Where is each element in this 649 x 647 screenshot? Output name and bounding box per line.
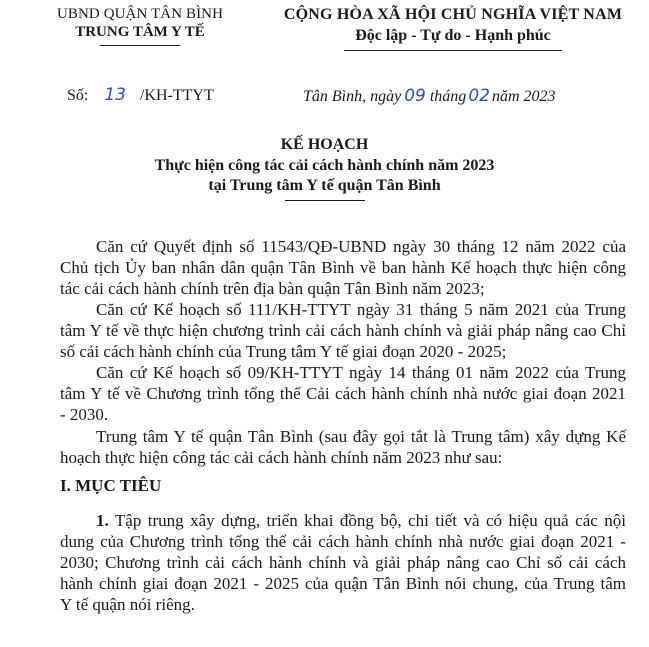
paragraph-line: hành chính giai đoạn 2021 - 2025 của quậ… [60,573,626,594]
document-subtitle-line-1: Thực hiện công tác cải cách hành chính n… [0,157,649,175]
paragraph-line: tác cải cách hành chính trên địa bàn quậ… [60,278,626,299]
intro-paragraph: Trung tâm Y tế quận Tân Bình (sau đây gọ… [60,426,626,468]
document-date: Tân Bình, ngày09 tháng02năm 2023 [303,86,556,106]
date-prefix: Tân Bình, ngày [303,88,401,105]
document-subtitle-line-2: tại Trung tâm Y tế quận Tân Bình [0,177,649,195]
document-number: Số: 13 /KH-TTYT [67,85,214,105]
document-number-handwritten: 13 [104,85,126,105]
paragraph-line: tâm Y tế về Chương trình tổng thể Cải cá… [60,383,626,404]
paragraph-line: Trung tâm Y tế quận Tân Bình (sau đây gọ… [60,426,626,447]
paragraph-line: Căn cứ Kế hoạch số 111/KH-TTYT ngày 31 t… [60,299,626,320]
paragraph-line: Căn cứ Quyết định số 11543/QĐ-UBND ngày … [60,236,626,257]
item-number: 1. [96,511,109,530]
paragraph-line: 1. Tập trung xây dựng, triển khai đồng b… [60,510,626,531]
date-year: năm 2023 [492,88,556,105]
paragraph-line: - 2030. [60,404,626,425]
document-number-label: Số: [67,87,88,104]
date-day-handwritten: 09 [404,86,426,106]
paragraph-line: tâm Y tế về thực hiện chương trình cải c… [60,320,626,341]
paragraph-line: hoạch thực hiện công tác cải cách hành c… [60,447,626,468]
paragraph-line: số cải cách hành chính của Trung tâm Y t… [60,341,626,362]
legal-basis-paragraph-2: Căn cứ Kế hoạch số 111/KH-TTYT ngày 31 t… [60,299,626,362]
date-month-label: tháng [430,88,466,105]
paragraph-line: Căn cứ Kế hoạch số 09/KH-TTYT ngày 14 th… [60,362,626,383]
document-number-suffix: /KH-TTYT [140,87,214,104]
section-heading-objectives: I. MỤC TIÊU [60,476,161,496]
legal-basis-paragraph-3: Căn cứ Kế hoạch số 09/KH-TTYT ngày 14 th… [60,362,626,425]
title-underline-divider [285,200,365,201]
nation-name: CỘNG HÒA XÃ HỘI CHỦ NGHĨA VIỆT NAM [258,6,648,24]
agency-name: TRUNG TÂM Y TẾ [40,24,240,41]
national-motto: Độc lập - Tự do - Hạnh phúc [258,27,648,45]
agency-parent-name: UBND QUẬN TÂN BÌNH [40,6,240,23]
paragraph-line: Y tế quận nói riêng. [60,594,626,615]
legal-basis-paragraph-1: Căn cứ Quyết định số 11543/QĐ-UBND ngày … [60,236,626,299]
document-type-title: KẾ HOẠCH [0,136,649,154]
paragraph-line: Chủ tịch Ủy ban nhân dân quận Tân Bình v… [60,257,626,278]
agency-underline-divider [100,45,180,46]
date-month-handwritten: 02 [468,86,490,106]
objective-item-1: 1. Tập trung xây dựng, triển khai đồng b… [60,510,626,615]
paragraph-line: 2030; Chương trình cải cách hành chính v… [60,552,626,573]
motto-underline-divider [344,50,562,51]
item-text: Tập trung xây dựng, triển khai đồng bộ, … [115,511,626,530]
paragraph-line: dung của Chương trình tổng thể cải cách … [60,531,626,552]
